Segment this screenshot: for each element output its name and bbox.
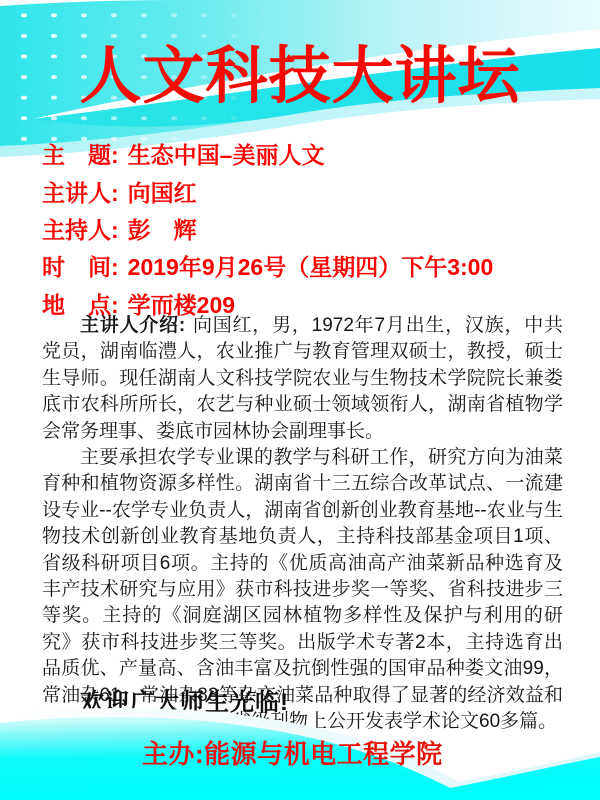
info-value: 彭 辉: [128, 212, 197, 245]
info-value: 生态中国–美丽人文: [128, 137, 325, 170]
info-label: 时 间:: [42, 249, 119, 282]
intro-lead: 主讲人介绍:: [80, 315, 185, 336]
event-info: 主 题: 生态中国–美丽人文 主讲人: 向国红 主持人: 彭 辉 时 间: 20…: [42, 135, 493, 322]
info-line-host: 主持人: 彭 辉: [42, 210, 493, 247]
info-line-speaker: 主讲人: 向国红: [42, 172, 493, 209]
lecture-poster: 人文科技大讲坛 主 题: 生态中国–美丽人文 主讲人: 向国红 主持人: 彭 辉…: [0, 0, 600, 800]
info-value: 2019年9月26号（星期四）下午3:00: [128, 249, 494, 282]
speaker-introduction: 主讲人介绍:向国红，男，1972年7月出生，汉族，中共党员，湖南临澧人，农业推广…: [42, 313, 563, 736]
info-line-topic: 主 题: 生态中国–美丽人文: [42, 135, 493, 172]
info-label: 主 题:: [42, 137, 119, 170]
info-label: 主讲人:: [42, 175, 119, 208]
info-line-time: 时 间: 2019年9月26号（星期四）下午3:00: [42, 247, 493, 284]
organizer-text: 主办:能源与机电工程学院: [142, 734, 443, 771]
info-value: 向国红: [128, 175, 197, 208]
poster-title: 人文科技大讲坛: [0, 42, 600, 111]
intro-paragraph-1: 主讲人介绍:向国红，男，1972年7月出生，汉族，中共党员，湖南临澧人，农业推广…: [42, 313, 563, 445]
info-label: 主持人:: [42, 212, 119, 245]
